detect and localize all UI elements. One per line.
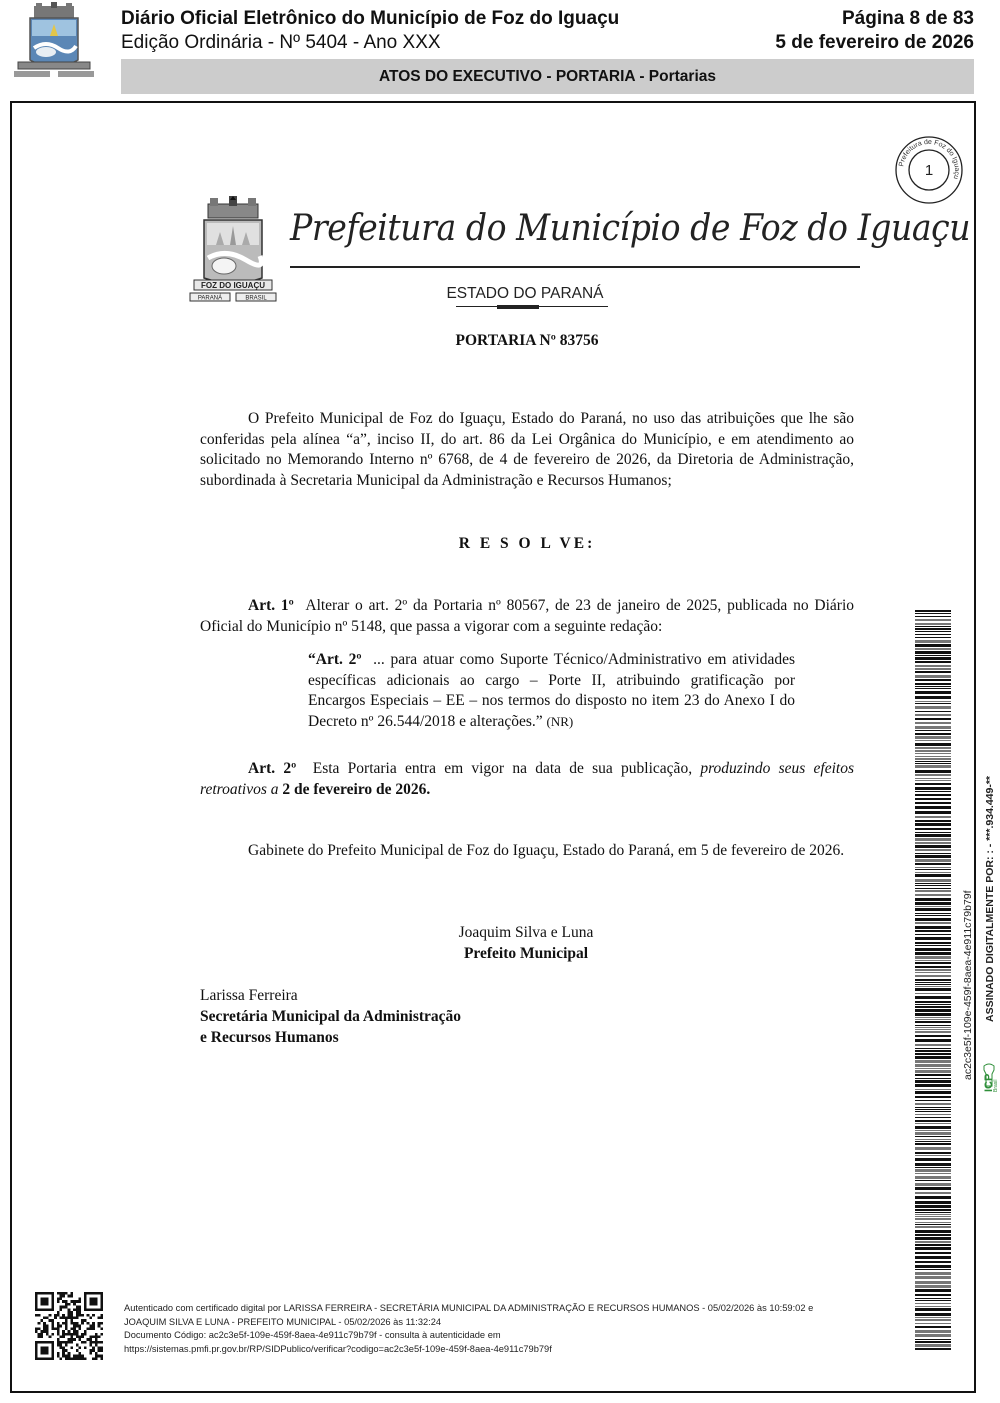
article-2-text: Esta Portaria entra em vigor na data de … (313, 760, 692, 777)
crest-state-label: PARANÁ (198, 295, 222, 302)
article-1: Art. 1º Alterar o art. 2º da Portaria nº… (200, 596, 854, 637)
auth-line-2: JOAQUIM SILVA E LUNA - PREFEITO MUNICIPA… (124, 1316, 813, 1330)
resolve-heading: R E S O L VE: (200, 535, 854, 553)
article-1-label: Art. 1º (248, 597, 294, 614)
crest-country-label: BRASIL (245, 296, 267, 302)
secretary-title-line-2: e Recursos Humanos (200, 1027, 461, 1048)
mayor-name: Joaquim Silva e Luna (456, 923, 596, 944)
closing-paragraph: Gabinete do Prefeito Municipal de Foz do… (200, 841, 854, 862)
preamble-text: O Prefeito Municipal de Foz do Iguaçu, E… (200, 410, 854, 489)
article-2-label: Art. 2º (248, 760, 296, 777)
svg-text:Brasil: Brasil (993, 1079, 998, 1092)
crest-city-label: FOZ DO IGUAÇU (201, 281, 265, 290)
article-1-text: Alterar o art. 2º da Portaria nº 80567, … (200, 597, 854, 635)
quoted-article: “Art. 2º ... para atuar como Suporte Téc… (308, 650, 795, 732)
mayor-signature: Joaquim Silva e Luna Prefeito Municipal (456, 923, 596, 964)
gazette-title: Diário Oficial Eletrônico do Município d… (121, 8, 619, 30)
icp-brasil-icon: ICP Brasil (980, 1040, 998, 1092)
article-2-date: 2 de fevereiro de 2026. (282, 781, 430, 798)
digital-signature-notice: ASSINADO DIGITALMENTE POR: : - ***.934.4… (984, 776, 996, 1022)
vertical-document-code: ac2c3e5f-109e-459f-8aea-4e911c79b79f (962, 890, 974, 1080)
letterhead-title: Prefeitura do Município de Foz do Iguaçu (290, 208, 814, 264)
stamp-number: 1 (925, 162, 933, 179)
coat-of-arms-icon: FOZ DO IGUAÇU PARANÁ BRASIL (186, 196, 280, 314)
page-indicator: Página 8 de 83 (842, 8, 974, 30)
quoted-article-label: “Art. 2º (308, 651, 362, 668)
secretary-name: Larissa Ferreira (200, 985, 461, 1006)
section-banner: ATOS DO EXECUTIVO - PORTARIA - Portarias (121, 59, 974, 94)
auth-line-1: Autenticado com certificado digital por … (124, 1302, 813, 1316)
secretary-signature: Larissa Ferreira Secretária Municipal da… (200, 985, 461, 1048)
portaria-number: PORTARIA Nº 83756 (200, 332, 854, 350)
publication-date: 5 de fevereiro de 2026 (775, 32, 974, 54)
state-name: ESTADO DO PARANÁ (390, 285, 660, 303)
document-barcode (915, 610, 951, 1350)
secretary-title-line-1: Secretária Municipal da Administração (200, 1006, 461, 1027)
preamble: O Prefeito Municipal de Foz do Iguaçu, E… (200, 409, 854, 491)
edition-info: Edição Ordinária - Nº 5404 - Ano XXX (121, 32, 441, 54)
auth-line-3: Documento Código: ac2c3e5f-109e-459f-8ae… (124, 1329, 813, 1343)
letterhead-rule (290, 266, 860, 268)
state-divider-accent (497, 305, 539, 309)
verification-qr-code[interactable] (35, 1292, 103, 1360)
closing-text: Gabinete do Prefeito Municipal de Foz do… (248, 842, 844, 859)
nr-marker: (NR) (547, 714, 574, 729)
authentication-block: Autenticado com certificado digital por … (124, 1302, 813, 1356)
article-2: Art. 2º Esta Portaria entra em vigor na … (200, 759, 854, 800)
municipal-coat-of-arms-logo (10, 2, 98, 86)
section-title: ATOS DO EXECUTIVO - PORTARIA - Portarias (379, 68, 716, 86)
mayor-title: Prefeito Municipal (456, 944, 596, 965)
verification-url[interactable]: https://sistemas.pmfi.pr.gov.br/RP/SIDPu… (124, 1343, 813, 1357)
page-stamp: Prefeitura de Foz do Iguaçu 1 (894, 135, 964, 205)
